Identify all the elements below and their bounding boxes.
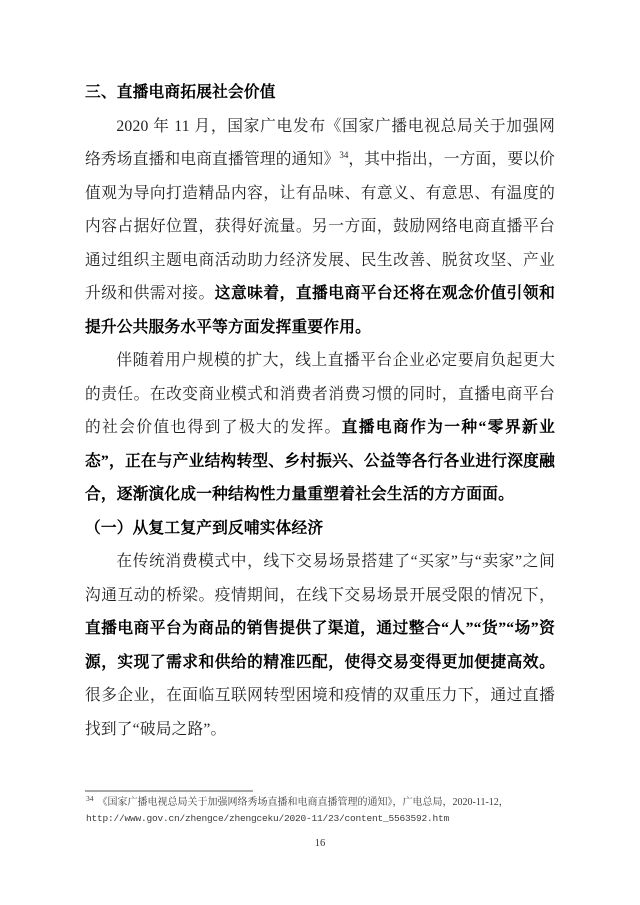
footnote: 34《国家广播电视总局关于加强网络秀场直播和电商直播管理的通知》，广电总局，20… (86, 795, 558, 827)
section-heading: 三、直播电商拓展社会价值 (85, 76, 555, 110)
footnote-line-1: 34《国家广播电视总局关于加强网络秀场直播和电商直播管理的通知》，广电总局，20… (86, 795, 558, 811)
document-page: 三、直播电商拓展社会价值 2020 年 11 月，国家广电发布《国家广播电视总局… (0, 0, 640, 905)
page-number: 16 (0, 838, 640, 849)
paragraph-1-text-b: ，其中指出，一方面，要以价值观为导向打造精品内容，让有品味、有意义、有意思、有温… (85, 151, 555, 302)
paragraph-3-text-bold: 直播电商平台为商品的销售提供了渠道，通过整合“人”“货”“场”资源，实现了需求和… (85, 620, 555, 671)
subsection-heading: （一）从复工复产到反哺实体经济 (85, 512, 555, 546)
paragraph-1: 2020 年 11 月，国家广电发布《国家广播电视总局关于加强网络秀场直播和电商… (85, 110, 555, 345)
footnote-url: http://www.gov.cn/zhengce/zhengceku/2020… (86, 811, 558, 827)
paragraph-2: 伴随着用户规模的扩大，线上直播平台企业必定要肩负起更大的责任。在改变商业模式和消… (85, 344, 555, 512)
footnote-separator-line (85, 790, 253, 792)
paragraph-3: 在传统消费模式中，线下交易场景搭建了“买家”与“卖家”之间沟通互动的桥梁。疫情期… (85, 545, 555, 746)
paragraph-3-text-a: 在传统消费模式中，线下交易场景搭建了“买家”与“卖家”之间沟通互动的桥梁。疫情期… (85, 553, 555, 604)
document-body: 三、直播电商拓展社会价值 2020 年 11 月，国家广电发布《国家广播电视总局… (85, 76, 555, 746)
footnote-reference-superscript: 34 (339, 150, 348, 160)
footnote-text: 《国家广播电视总局关于加强网络秀场直播和电商直播管理的通知》，广电总局，2020… (98, 797, 509, 808)
footnote-marker: 34 (86, 794, 94, 803)
paragraph-3-text-c: 很多企业，在面临互联网转型困境和疫情的双重压力下，通过直播找到了“破局之路”。 (85, 687, 555, 738)
